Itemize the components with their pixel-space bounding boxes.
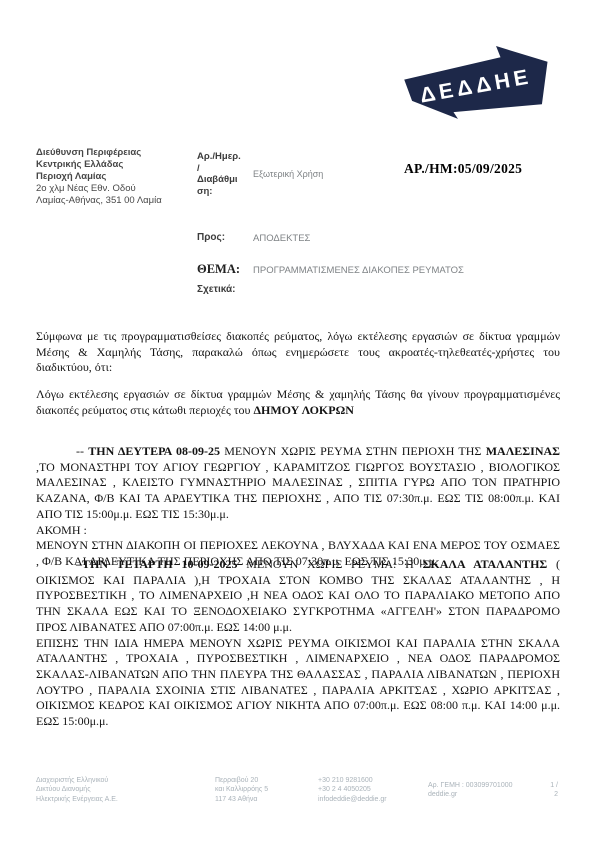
sender-address: Διεύθυνση ΠεριφέρειαςΚεντρικής ΕλλάδαςΠε…: [36, 147, 201, 207]
sender-department: Διεύθυνση ΠεριφέρειαςΚεντρικής ΕλλάδαςΠε…: [36, 147, 201, 183]
footer-registry: Αρ. ΓΕΜΗ : 003099701000deddie.gr: [428, 781, 533, 800]
protocol-date: ΑΡ./ΗΜ:05/09/2025: [404, 161, 522, 177]
footer-company: Διαχειριστής ΕλληνικούΔικτύου ΔιανομήςΗλ…: [36, 776, 186, 804]
outage-monday-paragraph: -- ΤΗΝ ΔΕΥΤΕΡΑ 08-09-25 ΜΕΝΟΥΝ ΧΩΡΙΣ ΡΕΥ…: [36, 444, 560, 570]
intro-paragraph: Σύμφωνα με τις προγραμματισθείσες διακοπ…: [36, 329, 560, 376]
related-label: Σχετικά:: [197, 284, 235, 295]
to-value: ΑΠΟΔΕΚΤΕΣ: [253, 233, 310, 244]
announcement-paragraph: Λόγω εκτέλεσης εργασιών σε δίκτυα γραμμώ…: [36, 387, 560, 418]
page-number: 1 /2: [536, 781, 558, 800]
deddie-logo: ΔΕΔΔΗΕ: [402, 44, 552, 122]
classification-value: Εξωτερική Χρήση: [253, 169, 323, 179]
sender-street-address: 2ο χλμ Νέας Εθν. ΟδούΛαμίας-Αθήνας, 351 …: [36, 183, 201, 207]
footer-contact: +30 210 9281600+30 2 4 4050205infodeddie…: [318, 776, 428, 804]
outage-wednesday-paragraph: –ΤΗΝ ΤΕΤΑΡΤΗ 10-09-2025 ΜΕΝΟΥΝ ΧΩΡΙΣ ΡΕΥ…: [36, 557, 560, 730]
to-label: Προς:: [197, 232, 225, 243]
footer-address: Περραιβού 20και Καλλιρρόης 5117 43 Αθήνα: [215, 776, 315, 804]
deddie-logo-banner-icon: ΔΕΔΔΗΕ: [402, 44, 552, 122]
subject-value: ΠΡΟΓΡΑΜΜΑΤΙΣΜΕΝΕΣ ΔΙΑΚΟΠΕΣ ΡΕΥΜΑΤΟΣ: [253, 265, 464, 276]
document-page: ΔΕΔΔΗΕ Διεύθυνση ΠεριφέρειαςΚεντρικής Ελ…: [0, 0, 595, 841]
subject-label: ΘΕΜΑ:: [197, 262, 240, 277]
reference-label: Αρ./Ημερ./Διαβάθμιση:: [197, 151, 253, 197]
